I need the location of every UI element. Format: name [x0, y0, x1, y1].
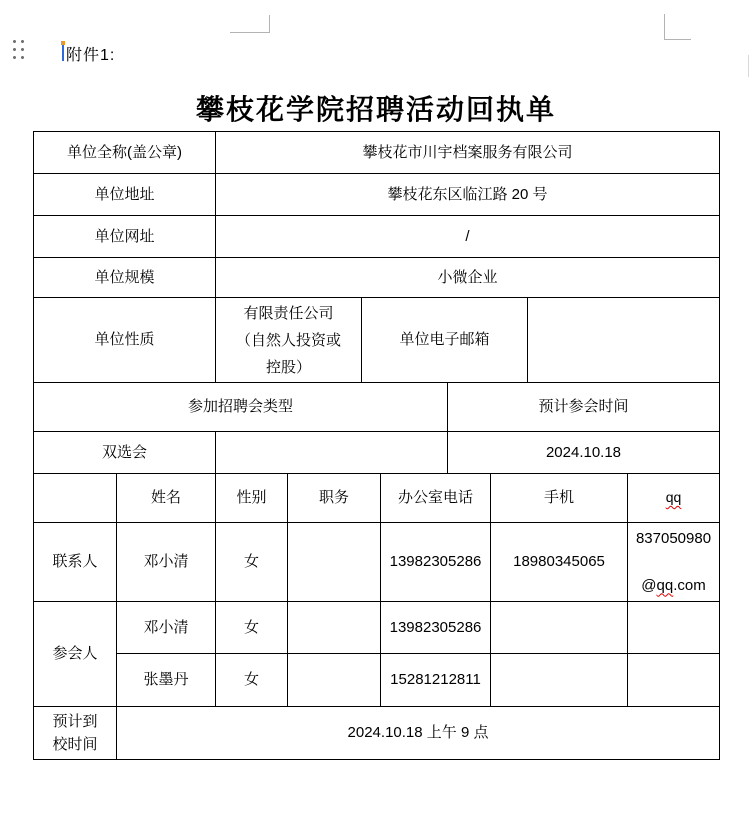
unit-address-value-cell[interactable]: 攀枝花东区临江路 20 号 [216, 174, 720, 216]
attachment-label[interactable]: 附件1: [66, 42, 115, 65]
row-fair-headers: 参加招聘会类型 预计参会时间 [34, 383, 720, 432]
unit-nature-value-cell[interactable]: 有限责任公司 （自然人投资或 控股） [216, 298, 362, 383]
attendee-row-1: 邓小清 女 13982305286 [117, 602, 720, 654]
attendee1-name-cell[interactable]: 邓小清 [117, 602, 216, 654]
row-arrival: 预计到 校时间 2024.10.18 上午 9 点 [34, 707, 720, 760]
unit-email-label-cell[interactable]: 单位电子邮箱 [362, 298, 528, 383]
fair-time-header-cell[interactable]: 预计参会时间 [448, 383, 720, 432]
row-unit-address: 单位地址 攀枝花东区临江路 20 号 [34, 174, 720, 216]
contact-header-office-phone-cell[interactable]: 办公室电话 [381, 474, 491, 523]
contact-header-name-cell[interactable]: 姓名 [117, 474, 216, 523]
row-unit-nature: 单位性质 有限责任公司 （自然人投资或 控股） 单位电子邮箱 [34, 298, 720, 383]
contact-header-mobile-cell[interactable]: 手机 [491, 474, 628, 523]
drag-handle-icon[interactable] [13, 40, 24, 59]
row-contact: 联系人 邓小清 女 13982305286 18980345065 837050… [34, 523, 720, 602]
attendee1-position-cell[interactable] [288, 602, 381, 654]
row-unit-website: 单位网址 / [34, 216, 720, 258]
unit-scale-label-cell[interactable]: 单位规模 [34, 258, 216, 298]
document-page: 附件1: 攀枝花学院招聘活动回执单 单位全称(盖公章) 攀枝花市川宇档案服务有限… [0, 0, 752, 820]
arrival-label-cell[interactable]: 预计到 校时间 [34, 707, 117, 760]
attendee2-name-cell[interactable]: 张墨丹 [117, 654, 216, 707]
qq-email-misspell: qq [657, 577, 674, 594]
attendee1-mobile-cell[interactable] [491, 602, 628, 654]
unit-email-value-cell[interactable] [528, 298, 720, 383]
contact-gender-cell[interactable]: 女 [216, 523, 288, 602]
fair-type-value-cell[interactable]: 双选会 [34, 432, 216, 474]
rows-attendees: 参会人 邓小清 女 13982305286 张墨丹 女 15281212811 [34, 602, 720, 707]
qq-email-line2: @qq.com [636, 574, 711, 597]
contact-header-gender-cell[interactable]: 性别 [216, 474, 288, 523]
attendees-label-cell[interactable]: 参会人 [34, 602, 117, 707]
unit-nature-label-cell[interactable]: 单位性质 [34, 298, 216, 383]
page-corner-mark-left [230, 15, 270, 33]
form-table: 单位全称(盖公章) 攀枝花市川宇档案服务有限公司 单位地址 攀枝花东区临江路 2… [33, 131, 720, 760]
attendee1-office-phone-cell[interactable]: 13982305286 [381, 602, 491, 654]
fair-type-header-cell[interactable]: 参加招聘会类型 [34, 383, 448, 432]
contact-header-position-cell[interactable]: 职务 [288, 474, 381, 523]
contact-position-cell[interactable] [288, 523, 381, 602]
contact-qq-cell[interactable]: 837050980 @qq.com [628, 523, 720, 602]
page-corner-mark-right [664, 14, 691, 40]
unit-website-label-cell[interactable]: 单位网址 [34, 216, 216, 258]
attendee2-gender-cell[interactable]: 女 [216, 654, 288, 707]
unit-website-value-cell[interactable]: / [216, 216, 720, 258]
fair-time-value-cell[interactable]: 2024.10.18 [448, 432, 720, 474]
attendee2-mobile-cell[interactable] [491, 654, 628, 707]
fair-type-extra-cell[interactable] [216, 432, 448, 474]
row-unit-scale: 单位规模 小微企业 [34, 258, 720, 298]
contact-header-empty-cell[interactable] [34, 474, 117, 523]
arrival-value-cell[interactable]: 2024.10.18 上午 9 点 [117, 707, 720, 760]
text-cursor-icon [61, 41, 65, 62]
row-fair-values: 双选会 2024.10.18 [34, 432, 720, 474]
unit-name-label-cell[interactable]: 单位全称(盖公章) [34, 132, 216, 174]
contact-mobile-cell[interactable]: 18980345065 [491, 523, 628, 602]
qq-email-line1: 837050980 [636, 527, 711, 550]
contact-office-phone-cell[interactable]: 13982305286 [381, 523, 491, 602]
attendees-subtable: 邓小清 女 13982305286 张墨丹 女 15281212811 [117, 602, 720, 707]
row-unit-name: 单位全称(盖公章) 攀枝花市川宇档案服务有限公司 [34, 132, 720, 174]
contact-header-qq-cell[interactable]: qq [628, 474, 720, 523]
unit-address-label-cell[interactable]: 单位地址 [34, 174, 216, 216]
page-edge-mark [748, 55, 749, 77]
attendee-row-2: 张墨丹 女 15281212811 [117, 654, 720, 707]
document-title[interactable]: 攀枝花学院招聘活动回执单 [0, 88, 752, 128]
contact-label-cell[interactable]: 联系人 [34, 523, 117, 602]
unit-scale-value-cell[interactable]: 小微企业 [216, 258, 720, 298]
attendee1-gender-cell[interactable]: 女 [216, 602, 288, 654]
contact-name-cell[interactable]: 邓小清 [117, 523, 216, 602]
attendee2-position-cell[interactable] [288, 654, 381, 707]
attendee2-qq-cell[interactable] [628, 654, 720, 707]
attendee1-qq-cell[interactable] [628, 602, 720, 654]
row-contact-header: 姓名 性别 职务 办公室电话 手机 qq [34, 474, 720, 523]
qq-header-misspell: qq [666, 487, 682, 509]
unit-name-value-cell[interactable]: 攀枝花市川宇档案服务有限公司 [216, 132, 720, 174]
attendee2-office-phone-cell[interactable]: 15281212811 [381, 654, 491, 707]
